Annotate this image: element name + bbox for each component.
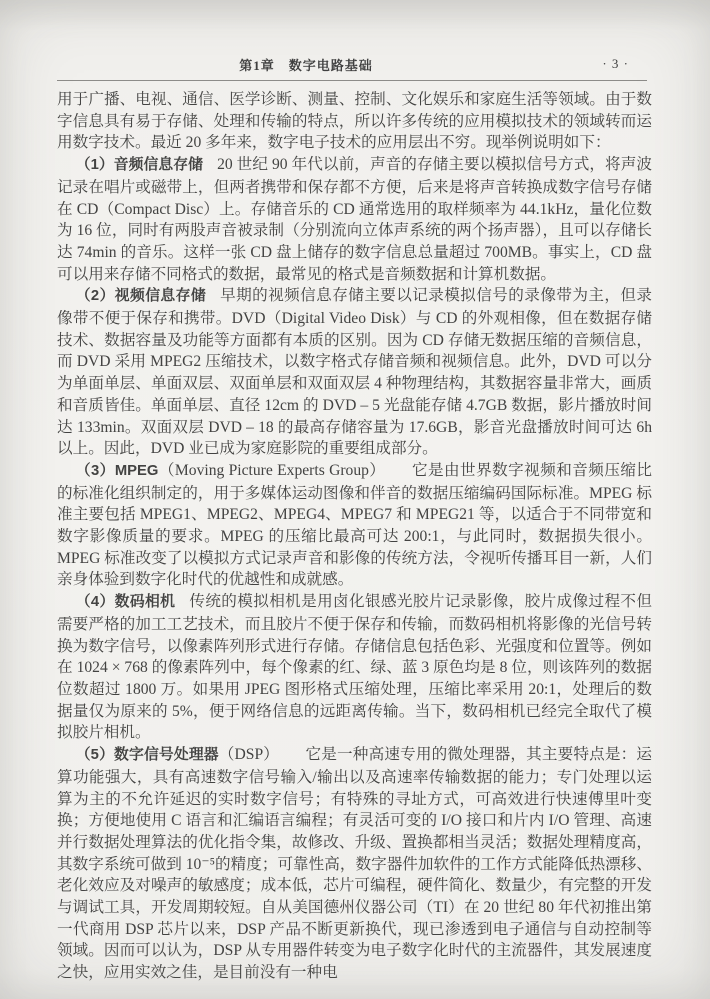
paragraph-text: 传统的模拟相机是用卤化银感光胶片记录影像，胶片成像过程不但需要严格的加工工艺技术…: [57, 593, 652, 741]
paragraph-video-storage: （2）视频信息存储早期的视频信息存储主要以记录模拟信号的录像带为主，但录像带不便…: [57, 285, 652, 460]
item-term: MPEG: [115, 463, 159, 479]
paragraph-text: 早期的视频信息存储主要以记录模拟信号的录像带为主，但录像带不便于保存和携带。DV…: [57, 287, 652, 457]
item-label: （5）: [76, 747, 114, 763]
item-term: 视频信息存储: [115, 288, 206, 304]
running-head: 第1章 数字电路基础 · 3 ·: [57, 55, 647, 75]
paragraph-intro: 用于广播、电视、通信、医学诊断、测量、控制、文化娱乐和家庭生活等领域。由于数字信…: [57, 89, 652, 154]
paragraph-digital-camera: （4）数码相机传统的模拟相机是用卤化银感光胶片记录影像，胶片成像过程不但需要严格…: [57, 591, 652, 744]
paragraph-dsp: （5）数字信号处理器（DSP）它是一种高速专用的微处理器，其主要特点是：运算功能…: [57, 744, 652, 984]
paragraph-audio-storage: （1）音频信息存储20 世纪 90 年代以前，声音的存储主要以模拟信号方式，将声…: [57, 154, 652, 285]
page-number: · 3 ·: [602, 56, 629, 72]
item-term: 音频信息存储: [114, 157, 203, 173]
paragraph-text: 它是一种高速专用的微处理器，其主要特点是：运算功能强大，具有高速数字信号输入/输…: [57, 746, 652, 981]
item-label: （4）: [76, 594, 115, 610]
item-term: 数字信号处理器: [114, 747, 219, 763]
item-term-expansion: （Moving Picture Experts Group）: [158, 462, 385, 479]
paragraph-text: 20 世纪 90 年代以前，声音的存储主要以模拟信号方式，将声波记录在唱片或磁带…: [57, 156, 652, 283]
item-label: （2）: [76, 288, 115, 304]
paragraph-mpeg: （3）MPEG（Moving Picture Experts Group）它是由…: [57, 460, 652, 591]
item-term: 数码相机: [115, 594, 176, 610]
header-rule: [57, 80, 647, 81]
body-text: 用于广播、电视、通信、医学诊断、测量、控制、文化娱乐和家庭生活等领域。由于数字信…: [57, 89, 652, 984]
item-term-expansion: （DSP）: [219, 746, 279, 763]
paragraph-text: 用于广播、电视、通信、医学诊断、测量、控制、文化娱乐和家庭生活等领域。由于数字信…: [57, 91, 652, 151]
item-label: （1）: [76, 157, 114, 173]
chapter-title: 第1章 数字电路基础: [239, 55, 373, 74]
item-label: （3）: [76, 463, 115, 479]
paragraph-text: 它是由世界数字视频和音频压缩比的标准化组织制定的，用于多媒体运动图像和伴音的数据…: [57, 462, 652, 589]
scanned-book-page: 第1章 数字电路基础 · 3 · 用于广播、电视、通信、医学诊断、测量、控制、文…: [0, 0, 710, 999]
